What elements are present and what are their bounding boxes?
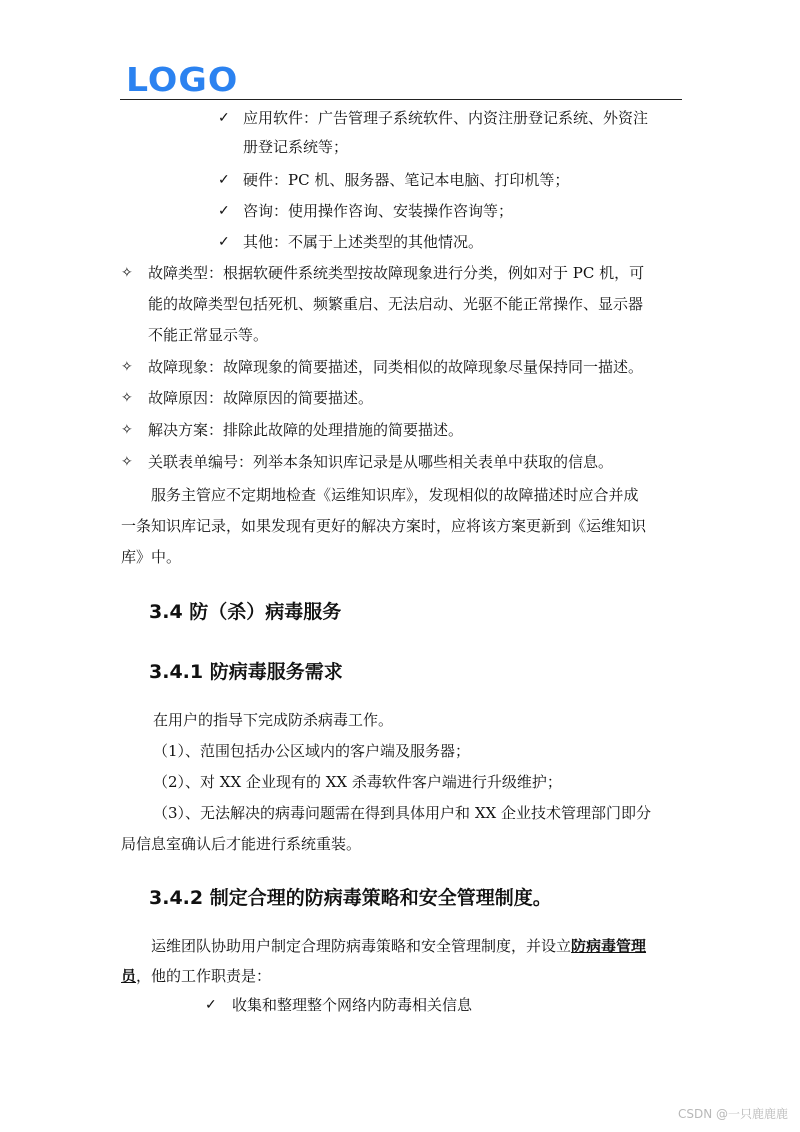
list-item: 解决方案：排除此故障的处理措施的简要描述。 — [148, 420, 463, 440]
paragraph-line: 运维团队协助用户制定合理防病毒策略和安全管理制度，并设立防病毒管理 — [151, 936, 646, 956]
list-item-cont: 能的故障类型包括死机、频繁重启、无法启动、光驱不能正常操作、显示器 — [148, 294, 643, 314]
list-item: 咨询：使用操作咨询、安装操作咨询等； — [243, 201, 513, 221]
diamond-bullet-icon: ✧ — [121, 263, 133, 283]
list-item: 其他：不属于上述类型的其他情况。 — [243, 232, 483, 252]
paragraph-line: 在用户的指导下完成防杀病毒工作。 — [153, 710, 393, 730]
list-item-cont: 册登记系统等； — [243, 137, 348, 157]
diamond-bullet-icon: ✧ — [121, 452, 133, 472]
paragraph-line: 员，他的工作职责是： — [121, 966, 271, 986]
antivirus-admin-link[interactable]: 防病毒管理 — [571, 937, 646, 955]
subsection-heading: 3.4.1 防病毒服务需求 — [149, 660, 343, 684]
list-item-cont: 局信息室确认后才能进行系统重装。 — [121, 834, 361, 854]
antivirus-admin-link[interactable]: 员 — [121, 967, 136, 985]
check-icon: ✓ — [218, 201, 230, 221]
list-item: 故障类型：根据软硬件系统类型按故障现象进行分类，例如对于 PC 机，可 — [148, 263, 644, 283]
diamond-bullet-icon: ✧ — [121, 357, 133, 377]
section-heading: 3.4 防（杀）病毒服务 — [149, 600, 341, 624]
list-item: 应用软件：广告管理子系统软件、内资注册登记系统、外资注 — [243, 108, 648, 128]
paragraph-text: ，他的工作职责是： — [136, 967, 271, 985]
document-page: LOGO ✓ 应用软件：广告管理子系统软件、内资注册登记系统、外资注 册登记系统… — [0, 0, 800, 1132]
list-item: 关联表单编号：列举本条知识库记录是从哪些相关表单中获取的信息。 — [148, 452, 613, 472]
paragraph-line: 一条知识库记录，如果发现有更好的解决方案时，应将该方案更新到《运维知识 — [121, 516, 646, 536]
list-item: 收集和整理整个网络内防毒相关信息 — [232, 995, 472, 1015]
list-item: （2）、对 XX 企业现有的 XX 杀毒软件客户端进行升级维护； — [153, 772, 562, 792]
diamond-bullet-icon: ✧ — [121, 420, 133, 440]
list-item: 硬件：PC 机、服务器、笔记本电脑、打印机等； — [243, 170, 569, 190]
check-icon: ✓ — [205, 995, 217, 1015]
paragraph-line: 库》中。 — [121, 547, 181, 567]
check-icon: ✓ — [218, 108, 230, 128]
header-divider — [120, 99, 682, 100]
diamond-bullet-icon: ✧ — [121, 388, 133, 408]
paragraph-line: 服务主管应不定期地检查《运维知识库》，发现相似的故障描述时应合并成 — [151, 485, 639, 505]
list-item: （3）、无法解决的病毒问题需在得到具体用户和 XX 企业技术管理部门即分 — [153, 803, 651, 823]
list-item: （1）、范围包括办公区域内的客户端及服务器； — [153, 741, 470, 761]
check-icon: ✓ — [218, 232, 230, 252]
paragraph-text: 运维团队协助用户制定合理防病毒策略和安全管理制度，并设立 — [151, 937, 571, 955]
watermark: CSDN @一只鹿鹿鹿 — [678, 1105, 788, 1122]
check-icon: ✓ — [218, 170, 230, 190]
list-item: 故障原因：故障原因的简要描述。 — [148, 388, 373, 408]
list-item-cont: 不能正常显示等。 — [148, 325, 268, 345]
subsection-heading: 3.4.2 制定合理的防病毒策略和安全管理制度。 — [149, 886, 552, 910]
logo: LOGO — [126, 64, 238, 96]
list-item: 故障现象：故障现象的简要描述，同类相似的故障现象尽量保持同一描述。 — [148, 357, 643, 377]
